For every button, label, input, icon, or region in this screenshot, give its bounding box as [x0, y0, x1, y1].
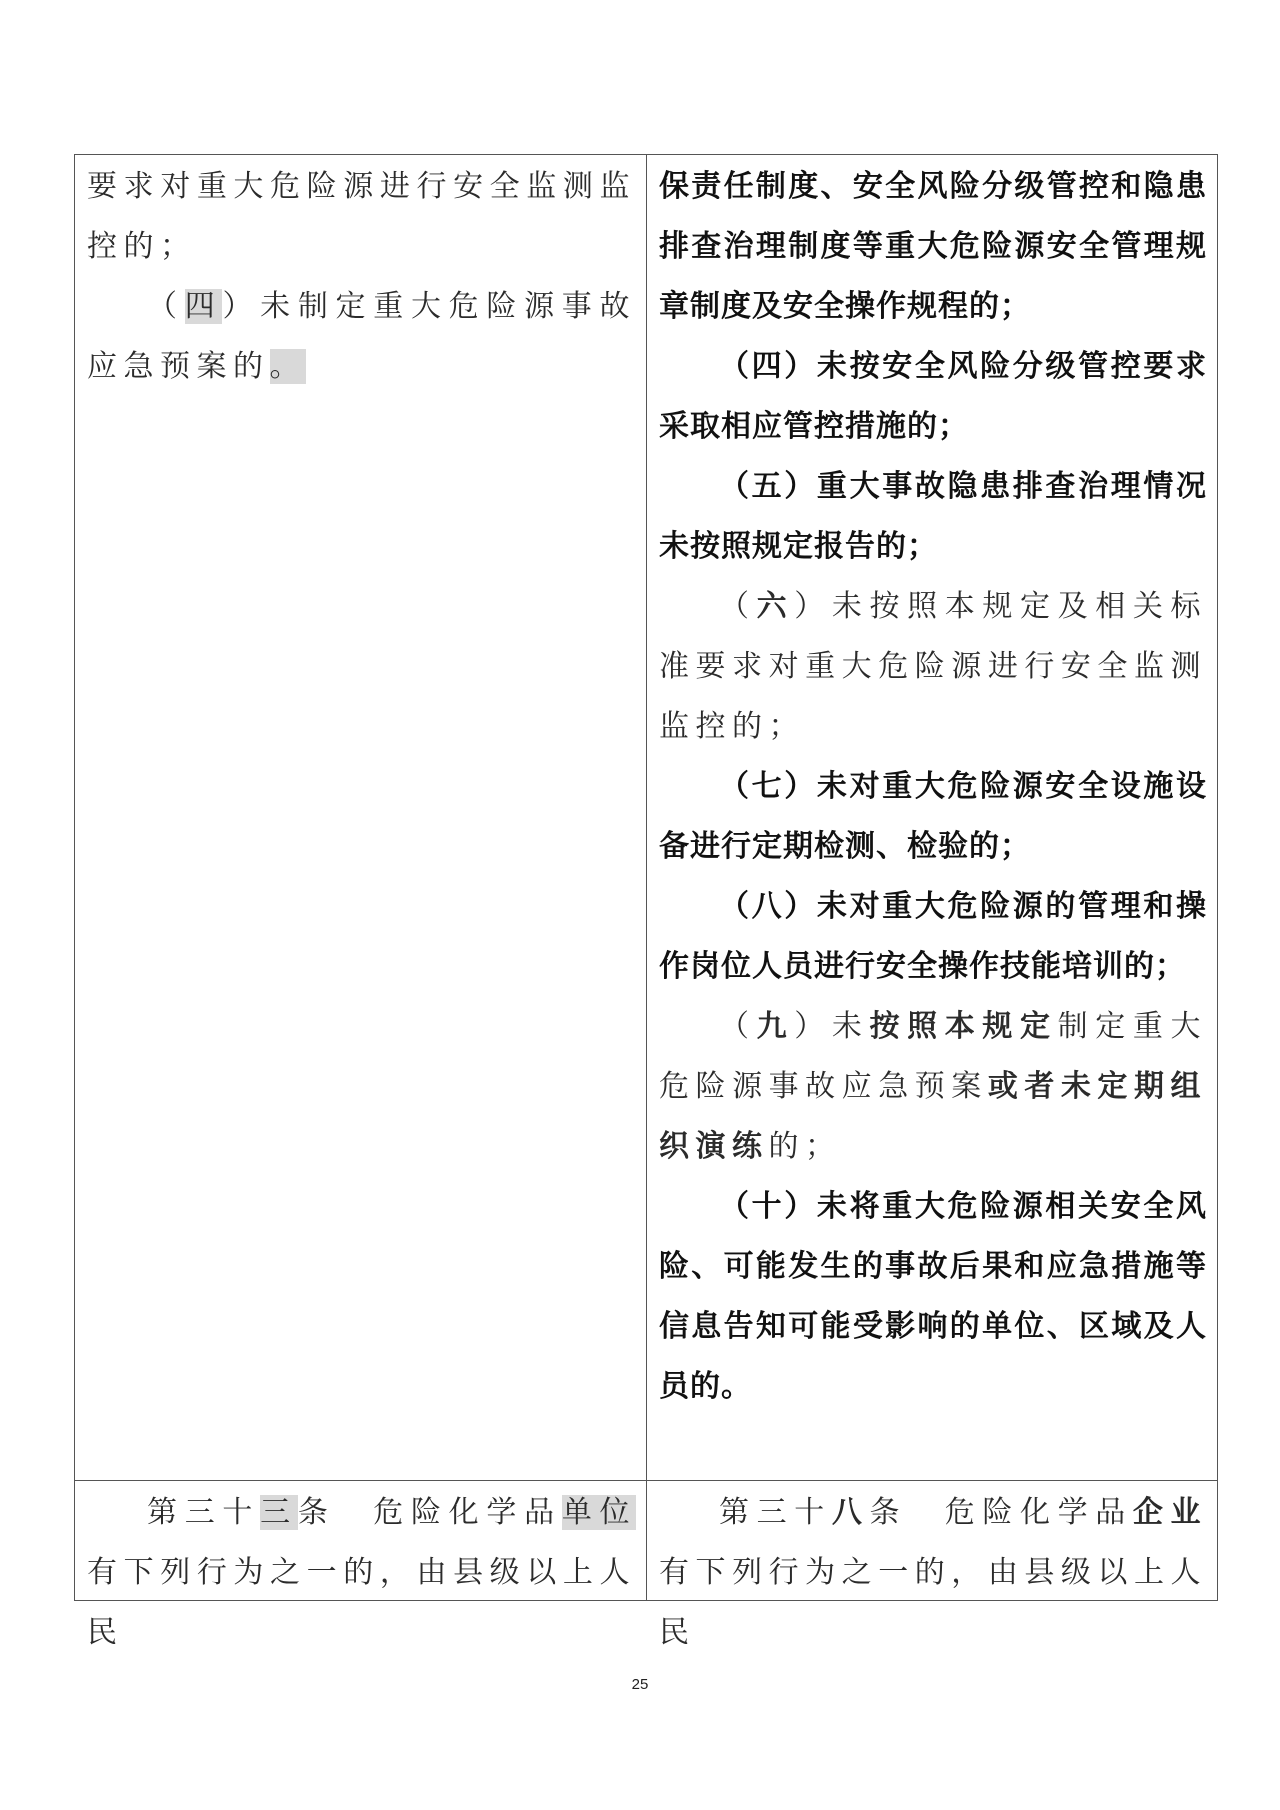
text-span: （ — [719, 589, 757, 624]
paragraph: （七）未对重大危险源安全设施设备进行定期检测、检验的； — [659, 757, 1207, 877]
table-cell-original: 第三十三条 危险化学品单位有下列行为之一的，由县级以上人民 — [75, 1481, 647, 1600]
table-cell-original: 要求对重大危险源进行安全监测监控的； （四）未制定重大危险源事故应急预案的。 — [75, 155, 647, 1480]
table-row: 要求对重大危险源进行安全监测监控的； （四）未制定重大危险源事故应急预案的。 保… — [75, 155, 1217, 1480]
paragraph: （四）未按安全风险分级管控要求采取相应管控措施的； — [659, 337, 1207, 457]
text-span: 条 危险化学品 — [298, 1495, 562, 1530]
table-cell-revised: 保责任制度、安全风险分级管控和隐患排查治理制度等重大危险源安全管理规章制度及安全… — [647, 155, 1217, 1480]
text-span: 第三十 — [719, 1495, 832, 1530]
text-span: ） — [794, 1009, 832, 1044]
paragraph: （五）重大事故隐患排查治理情况未按照规定报告的； — [659, 457, 1207, 577]
highlighted-text: 。 — [270, 349, 307, 384]
text-span: 条 危险化学品 — [870, 1495, 1133, 1530]
bold-text: 九 — [757, 1009, 795, 1044]
document-page: 要求对重大危险源进行安全监测监控的； （四）未制定重大危险源事故应急预案的。 保… — [0, 0, 1280, 1810]
page-number: 25 — [0, 1676, 1280, 1693]
paragraph: （四）未制定重大危险源事故应急预案的。 — [87, 277, 636, 397]
paragraph: 要求对重大危险源进行安全监测监控的； — [87, 157, 636, 277]
highlighted-text: 四 — [185, 289, 223, 324]
text-span: 未 — [832, 1009, 870, 1044]
text-span: （ — [147, 289, 185, 324]
paragraph: （十）未将重大危险源相关安全风险、可能发生的事故后果和应急措施等信息告知可能受影… — [659, 1177, 1207, 1417]
bold-text: 六 — [757, 589, 795, 624]
text-span: 第三十 — [147, 1495, 260, 1530]
text-span: （ — [719, 1009, 757, 1044]
paragraph: （六）未按照本规定及相关标准要求对重大危险源进行安全监测监控的； — [659, 577, 1207, 757]
bold-text: 企业 — [1133, 1495, 1207, 1530]
bold-text: 八 — [832, 1495, 870, 1530]
paragraph: （八）未对重大危险源的管理和操作岗位人员进行安全操作技能培训的； — [659, 877, 1207, 997]
bold-text: 按照本规定 — [870, 1009, 1058, 1044]
text-span: 有下列行为之一的，由县级以上人民 — [87, 1555, 636, 1650]
paragraph: 第三十三条 危险化学品单位有下列行为之一的，由县级以上人民 — [87, 1483, 636, 1663]
highlighted-text: 单位 — [562, 1495, 636, 1530]
text-span: 的； — [769, 1129, 842, 1164]
paragraph: （九）未按照本规定制定重大危险源事故应急预案或者未定期组织演练的； — [659, 997, 1207, 1177]
text-span: 有下列行为之一的，由县级以上人民 — [659, 1555, 1207, 1650]
table-row: 第三十三条 危险化学品单位有下列行为之一的，由县级以上人民 第三十八条 危险化学… — [75, 1480, 1217, 1600]
paragraph: 第三十八条 危险化学品企业有下列行为之一的，由县级以上人民 — [659, 1483, 1207, 1663]
table-cell-revised: 第三十八条 危险化学品企业有下列行为之一的，由县级以上人民 — [647, 1481, 1217, 1600]
comparison-table: 要求对重大危险源进行安全监测监控的； （四）未制定重大危险源事故应急预案的。 保… — [74, 154, 1218, 1601]
highlighted-text: 三 — [260, 1495, 298, 1530]
paragraph: 保责任制度、安全风险分级管控和隐患排查治理制度等重大危险源安全管理规章制度及安全… — [659, 157, 1207, 337]
